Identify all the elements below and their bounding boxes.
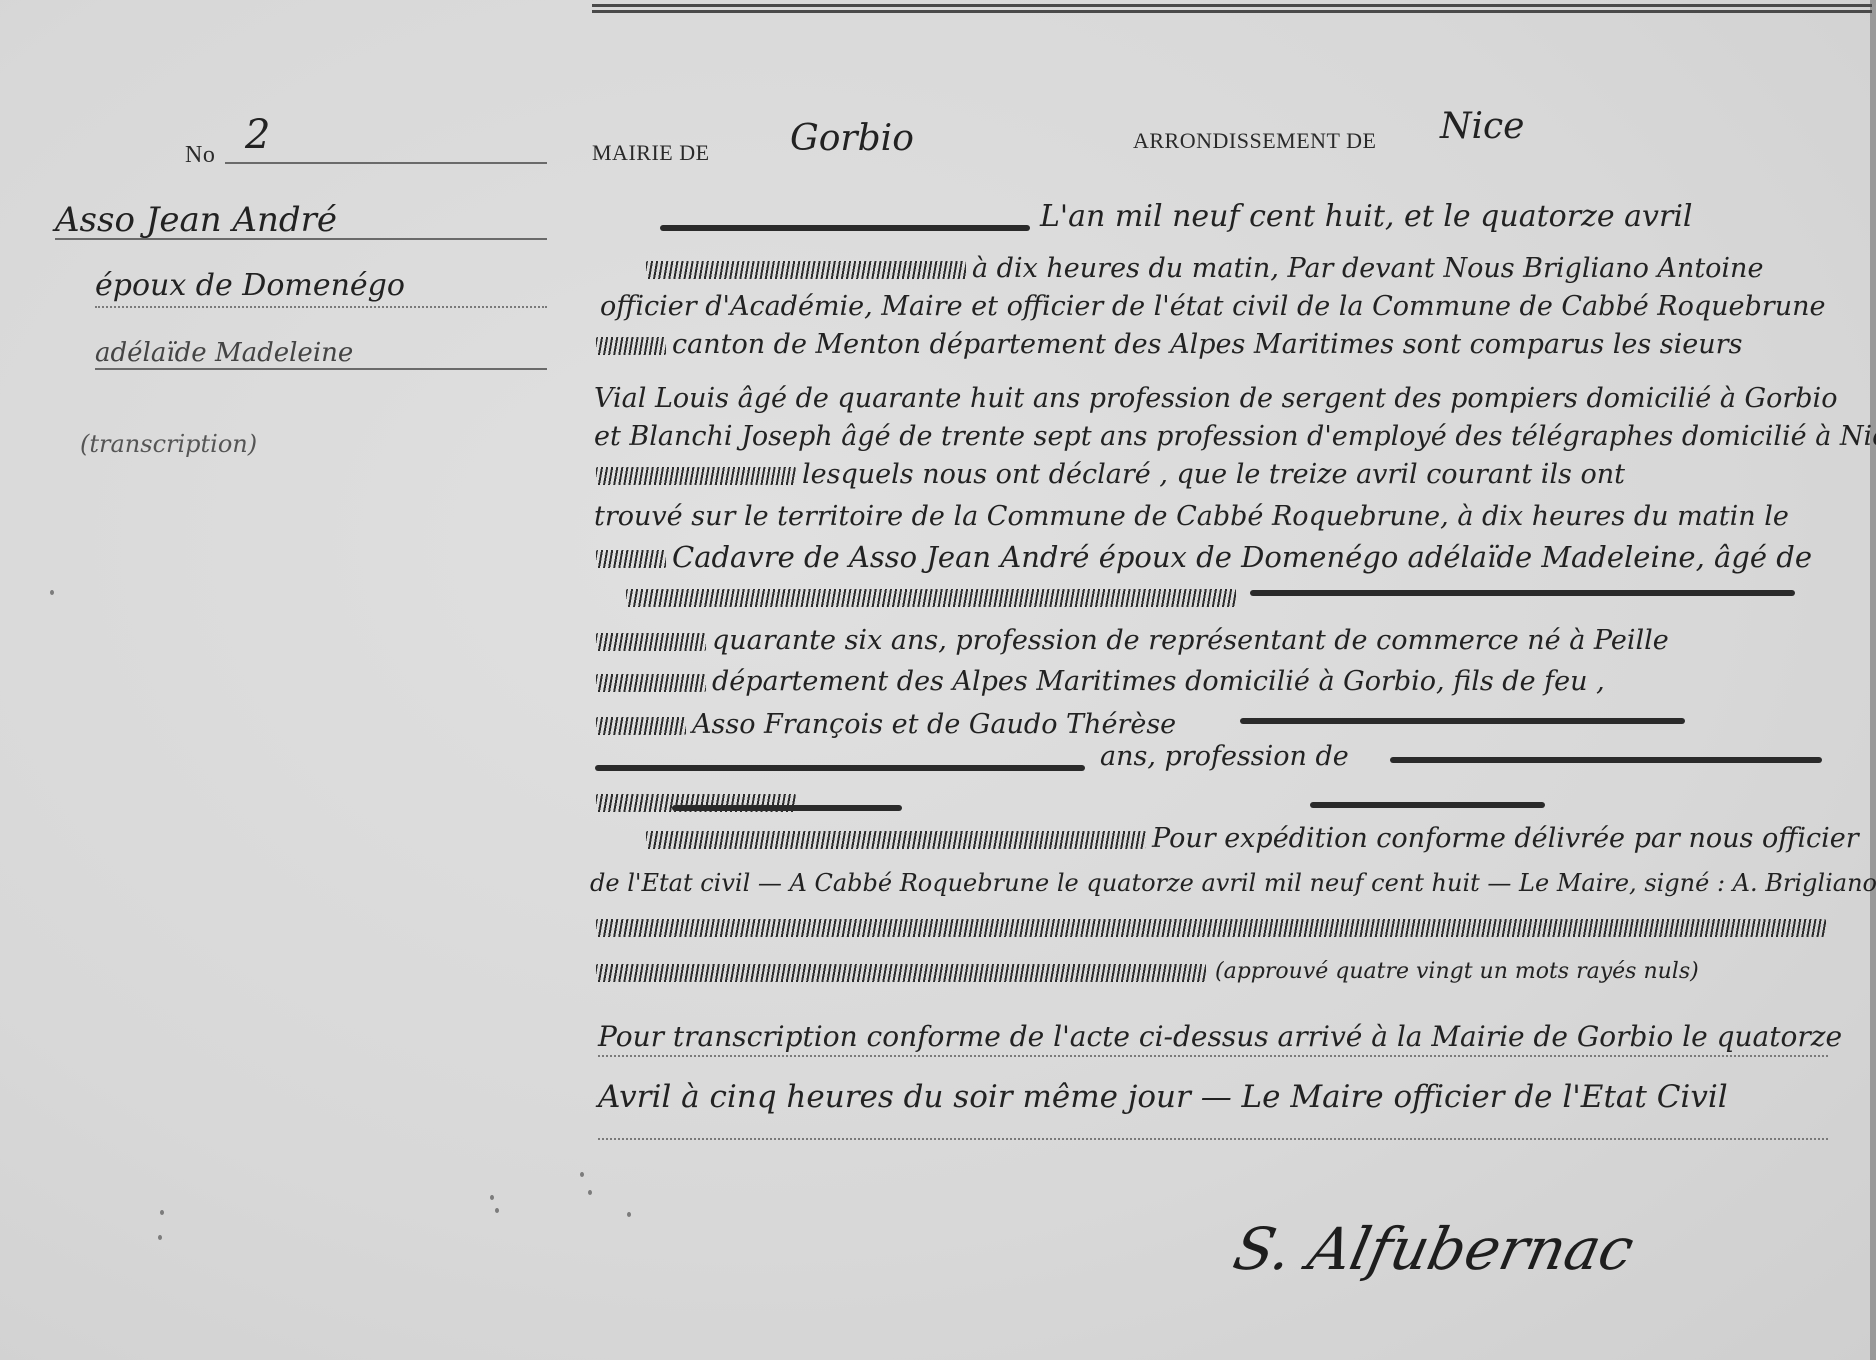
mairie-label: MAIRIE DE bbox=[592, 136, 710, 170]
struck-blank bbox=[660, 225, 1030, 231]
struck-text bbox=[596, 337, 666, 355]
ink-speck bbox=[588, 1190, 592, 1195]
margin-note: (transcription) bbox=[80, 430, 257, 458]
struck-text bbox=[596, 919, 1826, 937]
page-edge bbox=[1870, 0, 1876, 1360]
top-double-rule bbox=[592, 4, 1872, 7]
line-rule bbox=[598, 1138, 1828, 1140]
body-line-10 bbox=[620, 580, 1242, 614]
body-line-9: Cadavre de Asso Jean André époux de Dome… bbox=[590, 540, 1812, 574]
mairie-value: Gorbio bbox=[790, 122, 914, 156]
struck-text bbox=[646, 261, 966, 279]
struck-blank bbox=[1310, 802, 1545, 808]
signature: S. Alfubernac bbox=[1228, 1215, 1640, 1283]
body-line-18 bbox=[590, 910, 1832, 944]
body-line-2: à dix heures du matin, Par devant Nous B… bbox=[640, 252, 1763, 286]
body-line-19 bbox=[590, 955, 1212, 989]
body-line-14: ans, profession de bbox=[1100, 740, 1349, 774]
body-line-12: département des Alpes Maritimes domicili… bbox=[590, 665, 1605, 699]
number-rule bbox=[225, 162, 547, 164]
margin-name-line2: époux de Domenégo bbox=[95, 268, 405, 303]
arrondissement-value: Nice bbox=[1440, 110, 1524, 144]
body-line-5: Vial Louis âgé de quarante huit ans prof… bbox=[594, 382, 1837, 416]
margin-name-line1: Asso Jean André bbox=[55, 200, 337, 240]
struck-blank bbox=[672, 805, 902, 811]
ink-speck bbox=[495, 1208, 499, 1213]
struck-text bbox=[596, 550, 666, 568]
ink-speck bbox=[580, 1172, 584, 1177]
ink-speck bbox=[490, 1195, 494, 1200]
body-line-1: L'an mil neuf cent huit, et le quatorze … bbox=[1040, 200, 1693, 234]
arrondissement-label: ARRONDISSEMENT DE bbox=[1133, 124, 1376, 158]
transcription-line-1: Pour transcription conforme de l'acte ci… bbox=[598, 1020, 1842, 1054]
transcription-line-2: Avril à cinq heures du soir même jour — … bbox=[598, 1080, 1728, 1114]
body-line-8: trouvé sur le territoire de la Commune d… bbox=[594, 500, 1789, 534]
struck-text bbox=[646, 831, 1146, 849]
struck-text bbox=[596, 467, 796, 485]
struck-text bbox=[596, 717, 686, 735]
struck-blank bbox=[1240, 718, 1685, 724]
body-line-6: et Blanchi Joseph âgé de trente sept ans… bbox=[594, 420, 1876, 454]
approval-note: (approuvé quatre vingt un mots rayés nul… bbox=[1215, 955, 1699, 989]
body-line-15 bbox=[590, 785, 802, 819]
margin-name-line3: adélaïde Madeleine bbox=[95, 338, 353, 368]
margin-rule bbox=[95, 368, 547, 370]
body-line-3: officier d'Académie, Maire et officier d… bbox=[600, 290, 1825, 324]
ink-speck bbox=[627, 1212, 631, 1217]
struck-text bbox=[596, 964, 1206, 982]
top-double-rule bbox=[592, 10, 1872, 13]
ink-speck bbox=[50, 590, 54, 595]
body-line-4: canton de Menton département des Alpes M… bbox=[590, 328, 1742, 362]
line-rule bbox=[598, 1055, 1828, 1057]
ink-speck bbox=[158, 1235, 162, 1240]
ink-speck bbox=[160, 1210, 164, 1215]
struck-text bbox=[626, 589, 1236, 607]
body-line-7: lesquels nous ont déclaré , que le treiz… bbox=[590, 458, 1625, 492]
margin-rule bbox=[95, 306, 547, 308]
body-line-11: quarante six ans, profession de représen… bbox=[590, 624, 1669, 658]
struck-text bbox=[596, 633, 706, 651]
struck-text bbox=[596, 674, 706, 692]
document-page: No 2 MAIRIE DE Gorbio ARRONDISSEMENT DE … bbox=[0, 0, 1876, 1360]
struck-blank bbox=[1390, 757, 1822, 763]
number-value: 2 bbox=[245, 118, 270, 152]
body-line-17: de l'Etat civil — A Cabbé Roquebrune le … bbox=[590, 866, 1876, 900]
body-line-13: Asso François et de Gaudo Thérèse bbox=[590, 708, 1176, 742]
struck-blank bbox=[1250, 590, 1795, 596]
margin-rule bbox=[55, 238, 547, 240]
struck-blank bbox=[595, 765, 1085, 771]
number-label: No bbox=[185, 138, 215, 172]
body-line-16: Pour expédition conforme délivrée par no… bbox=[640, 822, 1859, 856]
